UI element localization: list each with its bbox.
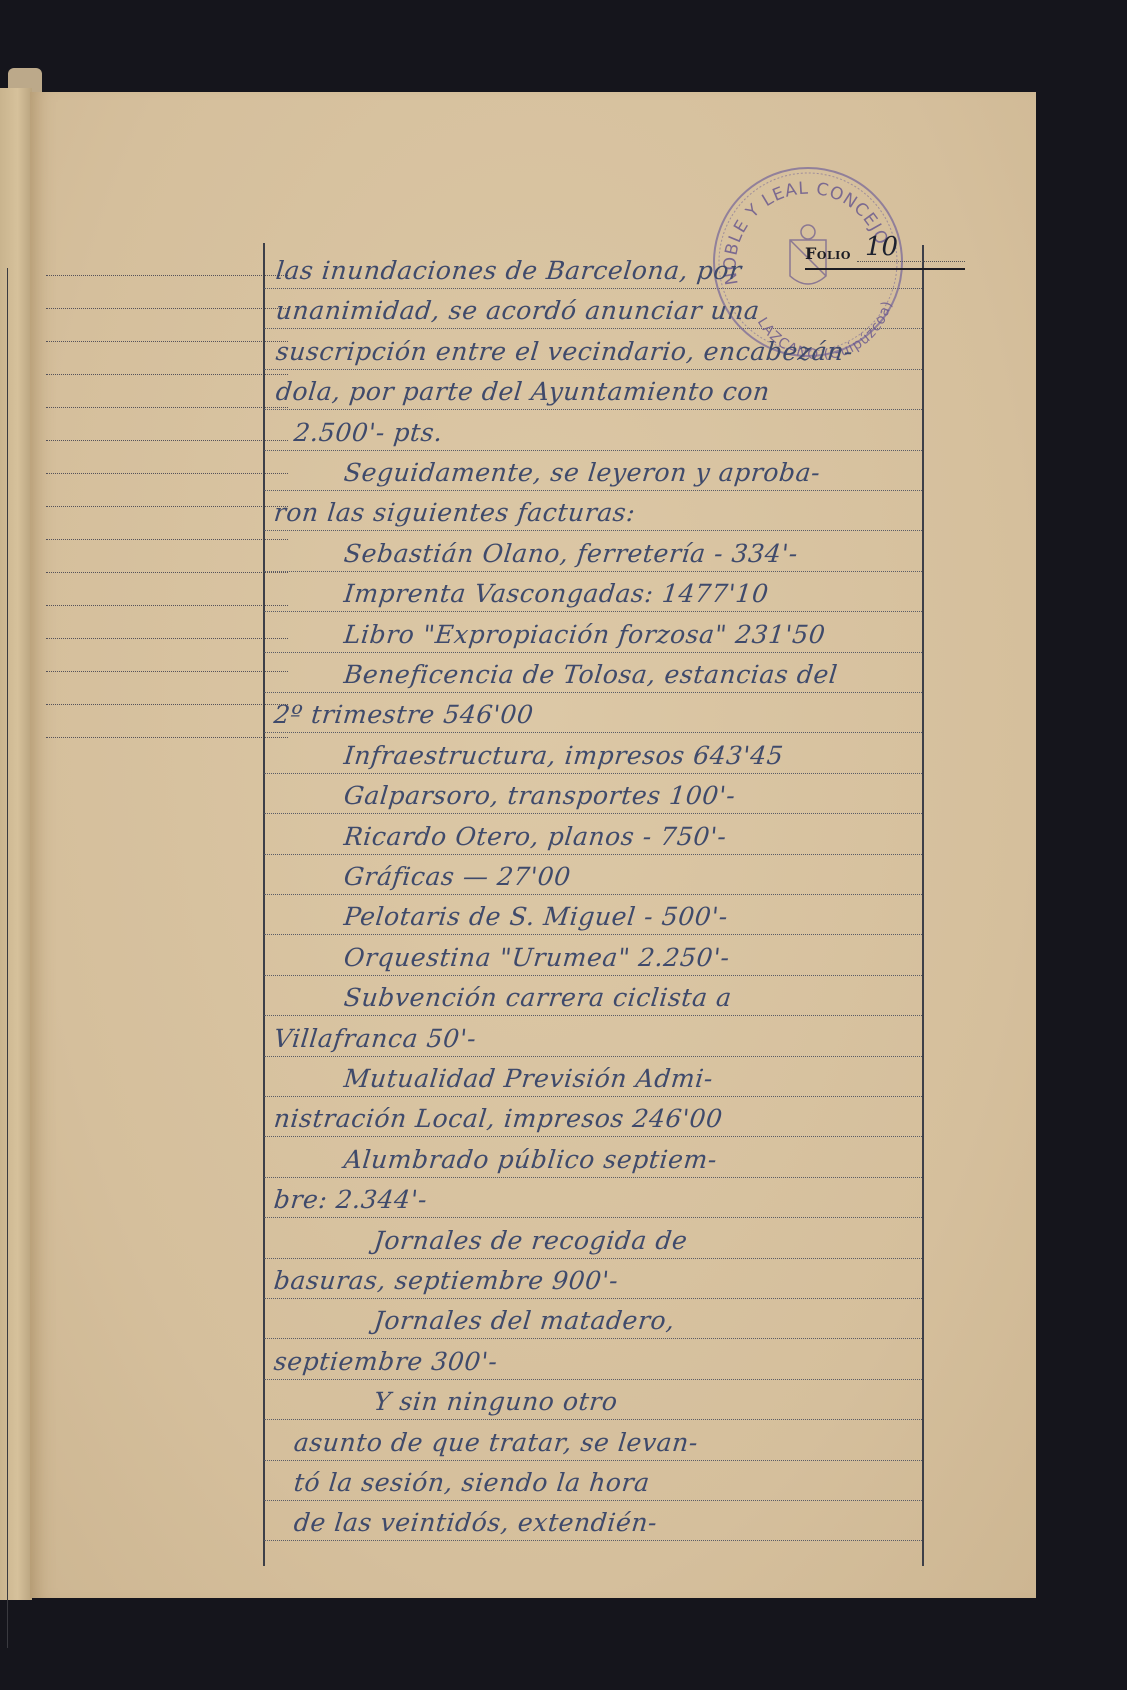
writing-dotted-line xyxy=(264,854,922,855)
handwritten-line: suscripción entre el vecindario, encabez… xyxy=(274,337,854,366)
handwritten-line: dola, por parte del Ayuntamiento con xyxy=(274,377,771,406)
writing-dotted-line xyxy=(264,813,922,814)
writing-dotted-line xyxy=(264,1419,922,1420)
folio-label: Folio xyxy=(805,244,851,263)
writing-dotted-line xyxy=(264,409,922,410)
handwritten-line: tó la sesión, siendo la hora xyxy=(292,1468,651,1497)
handwritten-line: asunto de que tratar, se levan- xyxy=(292,1428,699,1457)
margin-dotted-line xyxy=(46,341,288,342)
handwritten-line: Villafranca 50'- xyxy=(272,1024,477,1053)
handwritten-line: Imprenta Vascongadas: 1477'10 xyxy=(342,579,770,608)
right-margin-rule xyxy=(922,245,924,1566)
writing-dotted-line xyxy=(264,692,922,693)
writing-dotted-line xyxy=(264,1217,922,1218)
handwritten-line: Seguidamente, se leyeron y aproba- xyxy=(342,458,821,487)
folio-number: 10 xyxy=(865,232,898,262)
handwritten-line: Gráficas — 27'00 xyxy=(342,862,572,891)
writing-dotted-line xyxy=(264,369,922,370)
margin-dotted-line xyxy=(46,275,288,276)
margin-dotted-line xyxy=(46,737,288,738)
handwritten-line: Libro "Expropiación forzosa" 231'50 xyxy=(342,620,827,649)
writing-dotted-line xyxy=(264,1096,922,1097)
writing-dotted-line xyxy=(264,1540,922,1541)
writing-dotted-line xyxy=(264,530,922,531)
margin-dotted-line xyxy=(46,374,288,375)
ledger-page: NOBLE Y LEAL CONCEJO DE LAZCANO (Guipúzc… xyxy=(30,92,1036,1598)
margin-dotted-line xyxy=(46,440,288,441)
handwritten-line: Jornales del matadero, xyxy=(372,1306,676,1335)
writing-dotted-line xyxy=(264,773,922,774)
margin-dotted-line xyxy=(46,539,288,540)
handwritten-line: Alumbrado público septiem- xyxy=(342,1145,718,1174)
writing-dotted-line xyxy=(264,1177,922,1178)
handwritten-line: Sebastián Olano, ferretería - 334'- xyxy=(342,539,799,568)
writing-dotted-line xyxy=(264,1136,922,1137)
handwritten-line: 2º trimestre 546'00 xyxy=(272,700,535,729)
margin-dotted-line xyxy=(46,671,288,672)
writing-dotted-line xyxy=(264,490,922,491)
left-margin-rule xyxy=(263,243,265,1566)
margin-dotted-line xyxy=(46,407,288,408)
writing-dotted-line xyxy=(264,1500,922,1501)
handwritten-line: Infraestructura, impresos 643'45 xyxy=(342,741,784,770)
margin-dotted-line xyxy=(46,308,288,309)
handwritten-line: 2.500'- pts. xyxy=(292,418,444,447)
writing-dotted-line xyxy=(264,1460,922,1461)
handwritten-line: septiembre 300'- xyxy=(272,1347,499,1376)
writing-dotted-line xyxy=(264,1015,922,1016)
writing-dotted-line xyxy=(264,1298,922,1299)
handwritten-line: Ricardo Otero, planos - 750'- xyxy=(342,822,728,851)
margin-dotted-line xyxy=(46,572,288,573)
writing-dotted-line xyxy=(264,732,922,733)
handwritten-line: Jornales de recogida de xyxy=(372,1226,689,1255)
margin-dotted-line xyxy=(46,638,288,639)
handwritten-line: bre: 2.344'- xyxy=(272,1185,428,1214)
margin-dotted-line xyxy=(46,704,288,705)
writing-dotted-line xyxy=(264,652,922,653)
handwritten-line: basuras, septiembre 900'- xyxy=(272,1266,619,1295)
handwritten-line: Mutualidad Previsión Admi- xyxy=(342,1064,714,1093)
writing-dotted-line xyxy=(264,1338,922,1339)
writing-dotted-line xyxy=(264,571,922,572)
margin-dotted-line xyxy=(46,605,288,606)
handwritten-line: Orquestina "Urumea" 2.250'- xyxy=(342,943,731,972)
writing-dotted-line xyxy=(264,1056,922,1057)
writing-dotted-line xyxy=(264,975,922,976)
margin-dotted-line xyxy=(46,473,288,474)
writing-dotted-line xyxy=(264,894,922,895)
handwritten-line: Pelotaris de S. Miguel - 500'- xyxy=(342,902,729,931)
handwritten-line: Y sin ninguno otro xyxy=(372,1387,619,1416)
handwritten-line: Galparsoro, transportes 100'- xyxy=(342,781,736,810)
writing-dotted-line xyxy=(264,934,922,935)
handwritten-line: las inundaciones de Barcelona, por xyxy=(274,256,743,285)
margin-dotted-line xyxy=(46,506,288,507)
handwritten-line: Subvención carrera ciclista a xyxy=(342,983,733,1012)
handwritten-line: nistración Local, impresos 246'00 xyxy=(272,1104,724,1133)
writing-dotted-line xyxy=(264,1258,922,1259)
previous-page-edge xyxy=(0,88,32,1600)
previous-page-rule xyxy=(7,268,8,1648)
folio-header: Folio 10 xyxy=(805,242,965,270)
writing-dotted-line xyxy=(264,450,922,451)
handwritten-line: de las veintidós, extendién- xyxy=(292,1508,658,1537)
handwritten-line: ron las siguientes facturas: xyxy=(272,498,636,527)
writing-dotted-line xyxy=(264,1379,922,1380)
writing-dotted-line xyxy=(264,611,922,612)
handwritten-line: Beneficencia de Tolosa, estancias del xyxy=(342,660,839,689)
handwritten-line: unanimidad, se acordó anunciar una xyxy=(274,296,761,325)
